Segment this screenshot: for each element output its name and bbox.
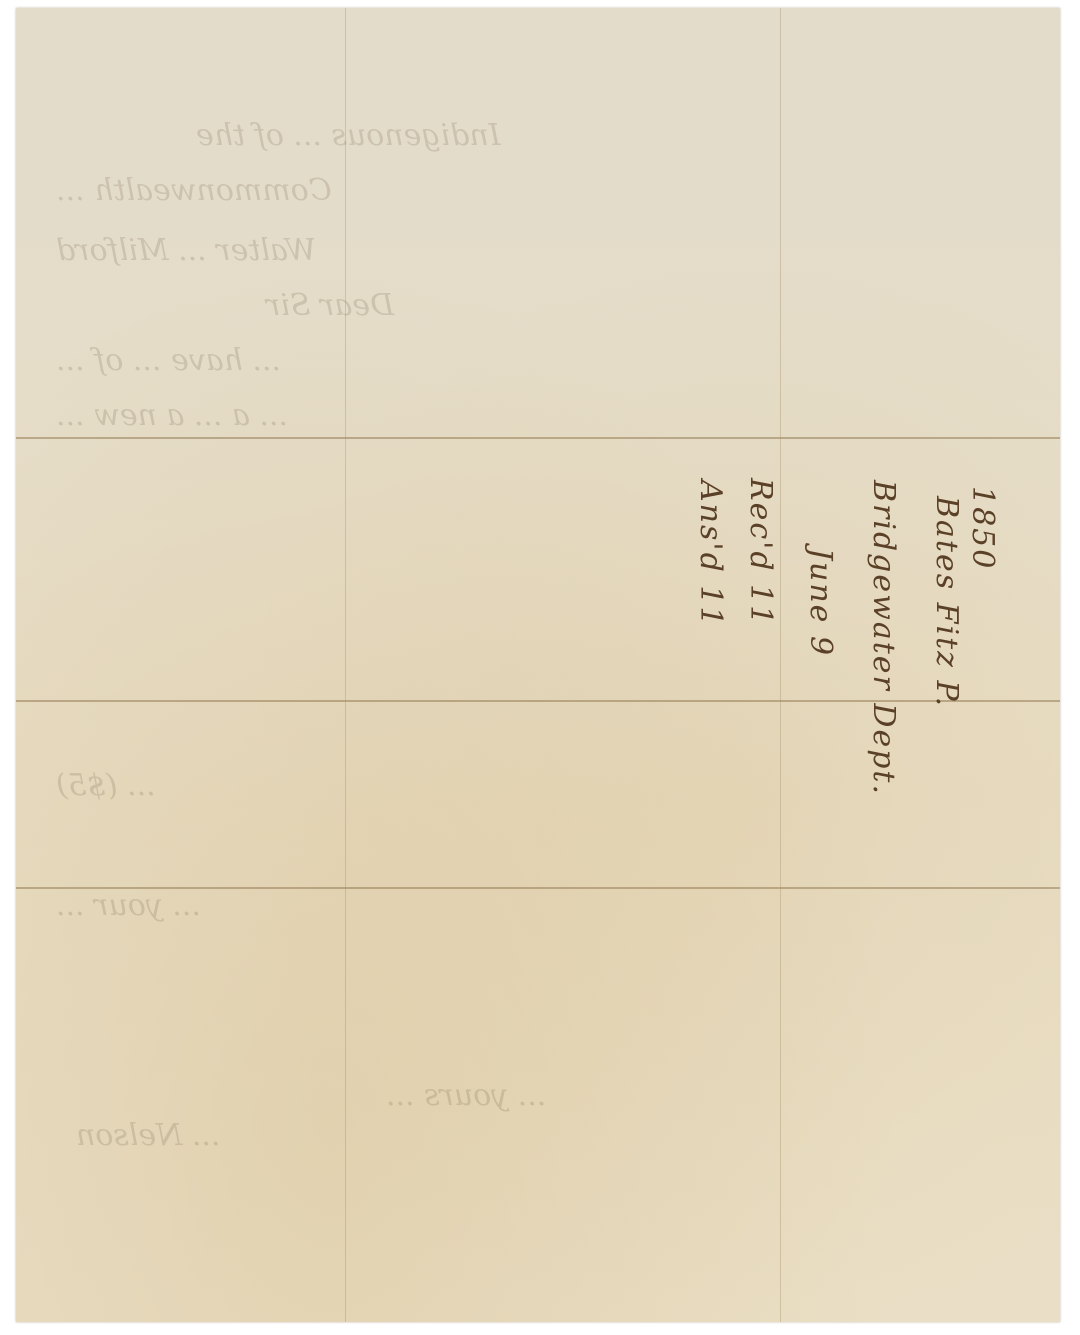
bleed-through-line: Walter ... Milford bbox=[56, 233, 316, 268]
docket-date: June 9 bbox=[803, 548, 838, 657]
docket-received: Rec'd 11 bbox=[743, 478, 778, 626]
fold-line bbox=[16, 700, 1060, 702]
fold-line bbox=[345, 8, 346, 1322]
bleed-through-line: Indigenous ... of the bbox=[196, 118, 501, 153]
bleed-through-line: ... yours ... bbox=[386, 1078, 546, 1113]
docket-place: Bridgewater Dept. bbox=[866, 480, 901, 796]
fold-line bbox=[16, 437, 1060, 439]
docket-year: 1850 bbox=[965, 486, 1000, 570]
docket-answered: Ans'd 11 bbox=[693, 480, 728, 628]
bleed-through-line: Commonwealth ... bbox=[56, 173, 332, 208]
bleed-through-line: ... your ... bbox=[56, 888, 201, 923]
bleed-through-line: ... ($5) bbox=[56, 768, 156, 803]
docket-name: Bates Fitz P. bbox=[929, 496, 964, 708]
bleed-through-line: ... a ... a new ... bbox=[56, 398, 288, 433]
bleed-through-line: Dear Sir bbox=[266, 288, 394, 323]
bleed-through-line: ... Nelson bbox=[76, 1118, 221, 1153]
fold-line bbox=[780, 8, 781, 1322]
bleed-through-line: ... have ... of ... bbox=[56, 343, 281, 378]
letter-sheet: Indigenous ... of the Commonwealth ... W… bbox=[16, 8, 1060, 1322]
